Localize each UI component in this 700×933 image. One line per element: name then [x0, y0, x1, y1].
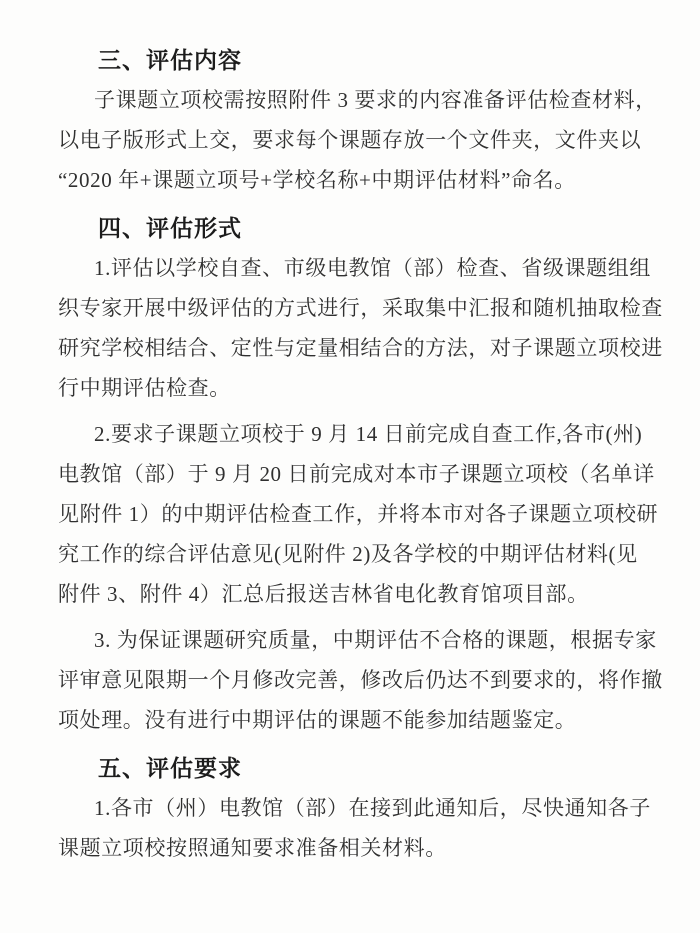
text-line: 1.各市（州）电教馆（部）在接到此通知后，尽快通知各子 [58, 788, 660, 828]
section-heading-3: 三、评估内容 [58, 40, 660, 80]
text-line: 评审意见限期一个月修改完善，修改后仍达不到要求的，将作撤 [58, 660, 660, 700]
paragraph-item-3: 3. 为保证课题研究质量，中期评估不合格的课题，根据专家 评审意见限期一个月修改… [58, 620, 660, 740]
text-line: 究工作的综合评估意见(见附件 2)及各学校的中期评估材料(见 [58, 534, 660, 574]
section-heading-5: 五、评估要求 [58, 748, 660, 788]
paragraph-item-1: 1.评估以学校自查、市级电教馆（部）检查、省级课题组组 织专家开展中级评估的方式… [58, 248, 660, 408]
text-line: 课题立项校按照通知要求准备相关材料。 [58, 828, 660, 868]
text-line: 1.评估以学校自查、市级电教馆（部）检查、省级课题组组 [58, 248, 660, 288]
paragraph-item-1: 1.各市（州）电教馆（部）在接到此通知后，尽快通知各子 课题立项校按照通知要求准… [58, 788, 660, 868]
text-line: 织专家开展中级评估的方式进行，采取集中汇报和随机抽取检查 [58, 288, 660, 328]
text-line: 以电子版形式上交，要求每个课题存放一个文件夹，文件夹以 [58, 120, 660, 160]
text-line: 2.要求子课题立项校于 9 月 14 日前完成自查工作,各市(州) [58, 414, 660, 454]
text-line: 电教馆（部）于 9 月 20 日前完成对本市子课题立项校（名单详 [58, 454, 660, 494]
section-evaluation-content: 三、评估内容 子课题立项校需按照附件 3 要求的内容准备评估检查材料， 以电子版… [58, 40, 660, 200]
text-line: “2020 年+课题立项号+学校名称+中期评估材料”命名。 [58, 160, 660, 200]
text-line: 研究学校相结合、定性与定量相结合的方法，对子课题立项校进 [58, 328, 660, 368]
document-page: 三、评估内容 子课题立项校需按照附件 3 要求的内容准备评估检查材料， 以电子版… [0, 0, 700, 933]
paragraph-item-2: 2.要求子课题立项校于 9 月 14 日前完成自查工作,各市(州) 电教馆（部）… [58, 414, 660, 614]
text-line: 见附件 1）的中期评估检查工作，并将本市对各子课题立项校研 [58, 494, 660, 534]
section-heading-4: 四、评估形式 [58, 208, 660, 248]
section-evaluation-format: 四、评估形式 1.评估以学校自查、市级电教馆（部）检查、省级课题组组 织专家开展… [58, 208, 660, 740]
text-line: 附件 3、附件 4）汇总后报送吉林省电化教育馆项目部。 [58, 574, 660, 614]
paragraph: 子课题立项校需按照附件 3 要求的内容准备评估检查材料， 以电子版形式上交，要求… [58, 80, 660, 200]
text-line: 项处理。没有进行中期评估的课题不能参加结题鉴定。 [58, 700, 660, 740]
section-evaluation-requirements: 五、评估要求 1.各市（州）电教馆（部）在接到此通知后，尽快通知各子 课题立项校… [58, 748, 660, 868]
text-line: 子课题立项校需按照附件 3 要求的内容准备评估检查材料， [58, 80, 660, 120]
text-line: 行中期评估检查。 [58, 368, 660, 408]
text-line: 3. 为保证课题研究质量，中期评估不合格的课题，根据专家 [58, 620, 660, 660]
